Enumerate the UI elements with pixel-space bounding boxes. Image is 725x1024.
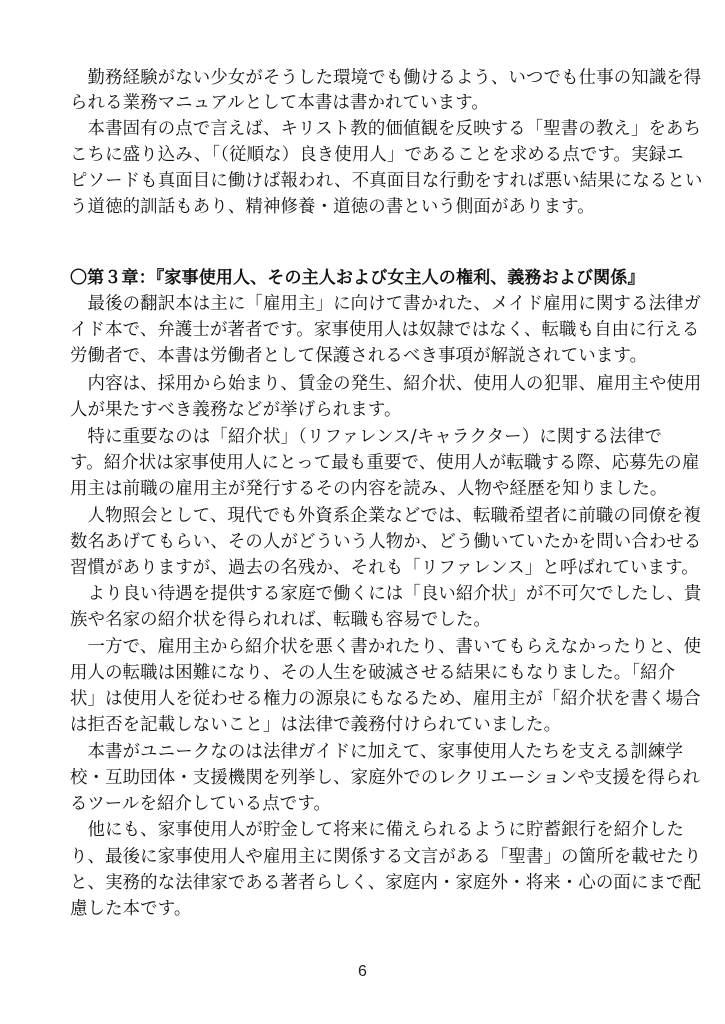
text-line: ピソードも真面目に働けば報われ、不真面目な行動をすれば悪い結果になるとい — [70, 168, 660, 194]
text-line: られる業務マニュアルとして本書は書かれています。 — [70, 90, 660, 116]
text-line: う道徳的訓話もあり、精神修養・道徳の書という側面があります。 — [70, 194, 660, 220]
text-line: り、最後に家事使用人や雇用主に関係する文言がある「聖書」の箇所を載せたり — [70, 844, 660, 870]
chapter-heading: 〇第３章：『家事使用人、その主人および女主人の権利、義務および関係』 — [70, 265, 660, 291]
page-number: 6 — [0, 963, 725, 981]
text-line: 慮した本です。 — [70, 896, 660, 922]
text-line: 最後の翻訳本は主に「雇用主」に向けて書かれた、メイド雇用に関する法律ガ — [70, 291, 660, 317]
document-page: 勤務経験がない少女がそうした環境でも働けるよう、いつでも仕事の知識を得られる業務… — [0, 0, 725, 1024]
text-line: と、実務的な法律家である著者らしく、家庭内・家庭外・将来・心の面にまで配 — [70, 870, 660, 896]
text-line: 本書がユニークなのは法律ガイドに加えて、家事使用人たちを支える訓練学 — [70, 739, 660, 765]
text-line: 特に重要なのは「紹介状」（リファレンス/キャラクター）に関する法律で — [70, 424, 660, 450]
text-line: より良い待遇を提供する家庭で働くには「良い紹介状」が不可欠でしたし、貴 — [70, 581, 660, 607]
text-line: 人物照会として、現代でも外資系企業などでは、転職希望者に前職の同僚を複 — [70, 503, 660, 529]
text-line: は拒否を記載しないこと」は法律で義務付けられていました。 — [70, 712, 660, 738]
text-line: 他にも、家事使用人が貯金して将来に備えられるように貯蓄銀行を紹介した — [70, 817, 660, 843]
text-line: 状」は使用人を従わせる権力の源泉にもなるため、雇用主が「紹介状を書く場合 — [70, 686, 660, 712]
text-line: す。紹介状は家事使用人にとって最も重要で、使用人が転職する際、応募先の雇 — [70, 450, 660, 476]
text-line: 習慣がありますが、過去の名残か、それも「リファレンス」と呼ばれています。 — [70, 555, 660, 581]
text-line: 内容は、採用から始まり、賃金の発生、紹介状、使用人の犯罪、雇用主や使用 — [70, 371, 660, 397]
text-line: 労働者で、本書は労働者として保護されるべき事項が解説されています。 — [70, 343, 660, 369]
text-line: 勤務経験がない少女がそうした環境でも働けるよう、いつでも仕事の知識を得 — [70, 65, 660, 91]
text-line: イド本で、弁護士が著者です。家事使用人は奴隷ではなく、転職も自由に行える — [70, 317, 660, 343]
text-line: 用主は前職の雇用主が発行するその内容を読み、人物や経歴を知りました。 — [70, 476, 660, 502]
text-line: 数名あげてもらい、その人がどういう人物か、どう働いていたかを問い合わせる — [70, 529, 660, 555]
text-line: 用人の転職は困難になり、その人生を破滅させる結果にもなりました。「紹介 — [70, 660, 660, 686]
text-line: 族や名家の紹介状を得られれば、転職も容易でした。 — [70, 607, 660, 633]
text-line: るツールを紹介している点です。 — [70, 791, 660, 817]
text-line: 人が果たすべき義務などが挙げられます。 — [70, 397, 660, 423]
text-line: 本書固有の点で言えば、キリスト教的価値観を反映する「聖書の教え」をあち — [70, 116, 660, 142]
text-line: こちに盛り込み、「（従順な）良き使用人」であることを求める点です。実録エ — [70, 142, 660, 168]
text-line: 校・互助団体・支援機関を列挙し、家庭外でのレクリエーションや支援を得られ — [70, 765, 660, 791]
text-line: 一方で、雇用主から紹介状を悪く書かれたり、書いてもらえなかったりと、使 — [70, 634, 660, 660]
